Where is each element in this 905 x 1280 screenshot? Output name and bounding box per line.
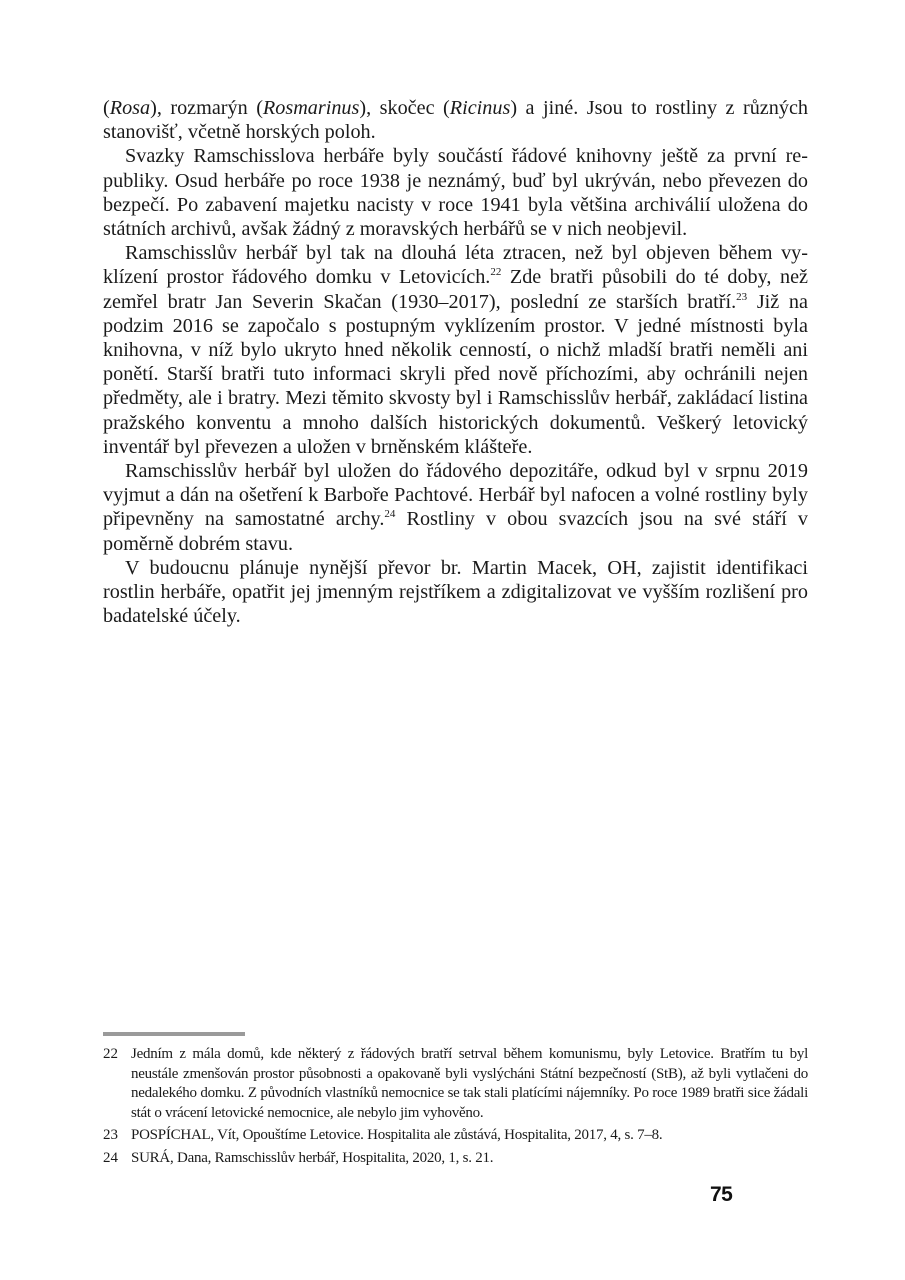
text-segment: Již na podzim 2016 se započalo s postupn… — [103, 291, 808, 458]
paragraph-5: V budoucnu plánuje nynější převor br. Ma… — [103, 556, 808, 629]
footnote-ref-24[interactable]: 24 — [384, 508, 395, 520]
text-segment: ), rozmarýn ( — [150, 97, 263, 119]
footnote-number: 24 — [103, 1149, 131, 1169]
footnote-22: 22 Jedním z mála domů, kde některý z řád… — [103, 1045, 808, 1123]
footnote-text: SURÁ, Dana, Ramschisslův herbář, Hospita… — [131, 1149, 808, 1169]
footnote-24: 24 SURÁ, Dana, Ramschisslův herbář, Hosp… — [103, 1149, 808, 1169]
page-number: 75 — [710, 1183, 732, 1207]
latin-name-ricinus: Ricinus — [450, 97, 511, 119]
footnote-number: 23 — [103, 1126, 131, 1146]
footnote-text: Jedním z mála domů, kde některý z řádový… — [131, 1045, 808, 1123]
paragraph-3: Ramschisslův herbář byl tak na dlouhá lé… — [103, 241, 808, 459]
text-segment: ( — [103, 97, 110, 119]
paragraph-2: Svazky Ramschisslova herbáře byly součás… — [103, 144, 808, 241]
footnote-ref-22[interactable]: 22 — [490, 266, 501, 278]
footnote-23: 23 POSPÍCHAL, Vít, Opouštíme Letovice. H… — [103, 1126, 808, 1146]
footnote-divider — [103, 1032, 245, 1036]
paragraph-1: (Rosa), rozmarýn (Rosmarinus), skočec (R… — [103, 96, 808, 144]
footnotes: 22 Jedním z mála domů, kde některý z řád… — [103, 1045, 808, 1171]
footnote-number: 22 — [103, 1045, 131, 1123]
latin-name-rosa: Rosa — [110, 97, 150, 119]
paragraph-4: Ramschisslův herbář byl uložen do řádové… — [103, 459, 808, 556]
footnote-ref-23[interactable]: 23 — [736, 291, 747, 303]
document-page: (Rosa), rozmarýn (Rosmarinus), skočec (R… — [0, 0, 905, 1280]
main-text: (Rosa), rozmarýn (Rosmarinus), skočec (R… — [103, 96, 808, 628]
text-segment: ), skočec ( — [359, 97, 449, 119]
footnote-text: POSPÍCHAL, Vít, Opouštíme Letovice. Hosp… — [131, 1126, 808, 1146]
latin-name-rosmarinus: Rosmarinus — [263, 97, 359, 119]
